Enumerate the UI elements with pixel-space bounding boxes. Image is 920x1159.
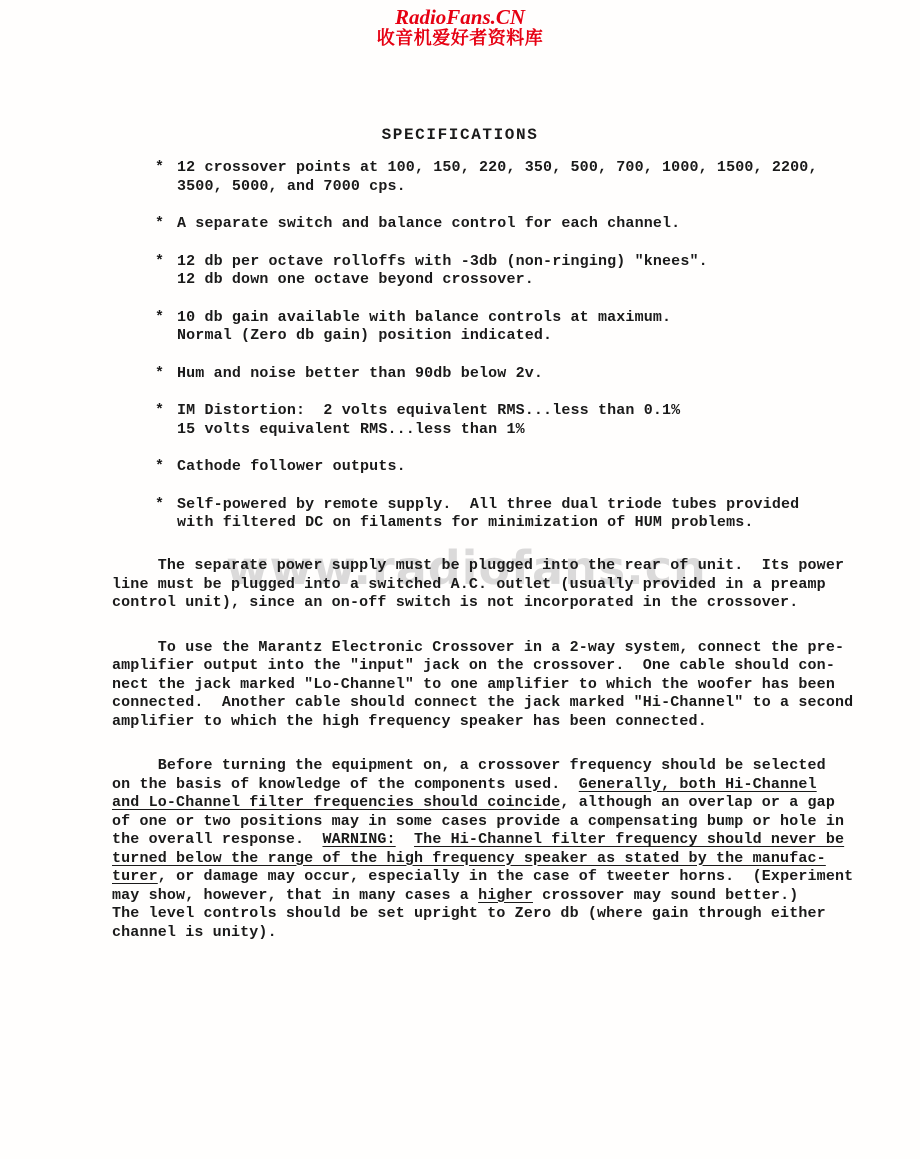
text-segment: To use the Marantz Electronic Crossover … xyxy=(112,639,844,656)
body-paragraphs: The separate power supply must be plugge… xyxy=(112,557,882,968)
underlined-text: higher xyxy=(478,887,533,904)
text-line: A separate switch and balance control fo… xyxy=(177,215,680,234)
text-segment: Before turning the equipment on, a cross… xyxy=(112,757,826,774)
text-segment: channel is unity). xyxy=(112,924,277,941)
text-segment: A separate switch and balance control fo… xyxy=(177,215,680,232)
bullet-marker: * xyxy=(155,365,177,384)
text-segment: nect the jack marked "Lo-Channel" to one… xyxy=(112,676,835,693)
spec-item: * IM Distortion: 2 volts equivalent RMS.… xyxy=(155,402,875,439)
underlined-text: WARNING: xyxy=(322,831,395,848)
spec-text: 10 db gain available with balance contro… xyxy=(177,309,671,346)
text-line: nect the jack marked "Lo-Channel" to one… xyxy=(112,676,882,695)
text-segment: may show, however, that in many cases a xyxy=(112,887,478,904)
spec-text: A separate switch and balance control fo… xyxy=(177,215,680,234)
text-line: channel is unity). xyxy=(112,924,882,943)
text-line: IM Distortion: 2 volts equivalent RMS...… xyxy=(177,402,680,421)
text-line: may show, however, that in many cases a … xyxy=(112,887,882,906)
text-segment: the overall response. xyxy=(112,831,322,848)
bullet-marker: * xyxy=(155,159,177,196)
text-segment: 15 volts equivalent RMS...less than 1% xyxy=(177,421,525,438)
spec-item: * Self-powered by remote supply. All thr… xyxy=(155,496,875,533)
text-line: line must be plugged into a switched A.C… xyxy=(112,576,882,595)
text-segment: IM Distortion: 2 volts equivalent RMS...… xyxy=(177,402,680,419)
text-segment: crossover may sound better.) xyxy=(533,887,798,904)
text-line: The level controls should be set upright… xyxy=(112,905,882,924)
bullet-marker: * xyxy=(155,496,177,533)
text-line: with filtered DC on filaments for minimi… xyxy=(177,514,799,533)
text-line: Before turning the equipment on, a cross… xyxy=(112,757,882,776)
bullet-marker: * xyxy=(155,458,177,477)
text-segment xyxy=(396,831,414,848)
text-line: 15 volts equivalent RMS...less than 1% xyxy=(177,421,680,440)
text-segment: 3500, 5000, and 7000 cps. xyxy=(177,178,406,195)
text-segment: 12 db per octave rolloffs with -3db (non… xyxy=(177,253,708,270)
bullet-marker: * xyxy=(155,253,177,290)
text-segment: connected. Another cable should connect … xyxy=(112,694,853,711)
text-line: of one or two positions may in some case… xyxy=(112,813,882,832)
text-line: 12 db down one octave beyond crossover. xyxy=(177,271,708,290)
text-line: 10 db gain available with balance contro… xyxy=(177,309,671,328)
spec-item: * 10 db gain available with balance cont… xyxy=(155,309,875,346)
text-line: amplifier output into the "input" jack o… xyxy=(112,657,882,676)
text-segment: Normal (Zero db gain) position indicated… xyxy=(177,327,552,344)
text-line: and Lo-Channel filter frequencies should… xyxy=(112,794,882,813)
spec-text: Cathode follower outputs. xyxy=(177,458,406,477)
spec-item: * Cathode follower outputs. xyxy=(155,458,875,477)
spec-item: * A separate switch and balance control … xyxy=(155,215,875,234)
text-segment: control unit), since an on-off switch is… xyxy=(112,594,798,611)
text-line: The separate power supply must be plugge… xyxy=(112,557,882,576)
paragraph-power-supply: The separate power supply must be plugge… xyxy=(112,557,882,613)
text-segment: The level controls should be set upright… xyxy=(112,905,826,922)
bullet-marker: * xyxy=(155,215,177,234)
text-line: control unit), since an on-off switch is… xyxy=(112,594,882,613)
spec-text: Self-powered by remote supply. All three… xyxy=(177,496,799,533)
document-body: SPECIFICATIONS * 12 crossover points at … xyxy=(0,0,920,1159)
spec-item: * Hum and noise better than 90db below 2… xyxy=(155,365,875,384)
text-segment: of one or two positions may in some case… xyxy=(112,813,844,830)
text-segment: 12 db down one octave beyond crossover. xyxy=(177,271,534,288)
text-segment: Self-powered by remote supply. All three… xyxy=(177,496,799,513)
text-line: 12 db per octave rolloffs with -3db (non… xyxy=(177,253,708,272)
scanned-document-page: RadioFans.CN 收音机爱好者资料库 www.radiofans.cn … xyxy=(0,0,920,1159)
text-line: 3500, 5000, and 7000 cps. xyxy=(177,178,818,197)
spec-text: 12 db per octave rolloffs with -3db (non… xyxy=(177,253,708,290)
text-line: connected. Another cable should connect … xyxy=(112,694,882,713)
text-line: on the basis of knowledge of the compone… xyxy=(112,776,882,795)
text-line: turer, or damage may occur, especially i… xyxy=(112,868,882,887)
text-segment: on the basis of knowledge of the compone… xyxy=(112,776,579,793)
spec-item: * 12 crossover points at 100, 150, 220, … xyxy=(155,159,875,196)
text-segment: , or damage may occur, especially in the… xyxy=(158,868,854,885)
text-line: turned below the range of the high frequ… xyxy=(112,850,882,869)
underlined-text: turer xyxy=(112,868,158,885)
spec-text: IM Distortion: 2 volts equivalent RMS...… xyxy=(177,402,680,439)
text-line: To use the Marantz Electronic Crossover … xyxy=(112,639,882,658)
text-segment: Hum and noise better than 90db below 2v. xyxy=(177,365,543,382)
underlined-text: The Hi-Channel filter frequency should n… xyxy=(414,831,844,848)
text-segment: 10 db gain available with balance contro… xyxy=(177,309,671,326)
text-line: the overall response. WARNING: The Hi-Ch… xyxy=(112,831,882,850)
paragraph-warning: Before turning the equipment on, a cross… xyxy=(112,757,882,942)
paragraph-connections: To use the Marantz Electronic Crossover … xyxy=(112,639,882,732)
spec-text: 12 crossover points at 100, 150, 220, 35… xyxy=(177,159,818,196)
text-line: Self-powered by remote supply. All three… xyxy=(177,496,799,515)
text-line: Cathode follower outputs. xyxy=(177,458,406,477)
text-line: Normal (Zero db gain) position indicated… xyxy=(177,327,671,346)
text-segment: Cathode follower outputs. xyxy=(177,458,406,475)
text-segment: with filtered DC on filaments for minimi… xyxy=(177,514,754,531)
underlined-text: Generally, both Hi-Channel xyxy=(579,776,817,793)
text-segment: line must be plugged into a switched A.C… xyxy=(112,576,826,593)
text-segment: 12 crossover points at 100, 150, 220, 35… xyxy=(177,159,818,176)
underlined-text: and Lo-Channel filter frequencies should… xyxy=(112,794,560,811)
text-line: amplifier to which the high frequency sp… xyxy=(112,713,882,732)
underlined-text: turned below the range of the high frequ… xyxy=(112,850,826,867)
bullet-marker: * xyxy=(155,402,177,439)
text-segment: The separate power supply must be plugge… xyxy=(112,557,844,574)
text-line: Hum and noise better than 90db below 2v. xyxy=(177,365,543,384)
text-segment: amplifier output into the "input" jack o… xyxy=(112,657,835,674)
spec-item: * 12 db per octave rolloffs with -3db (n… xyxy=(155,253,875,290)
text-segment: , although an overlap or a gap xyxy=(560,794,835,811)
text-line: 12 crossover points at 100, 150, 220, 35… xyxy=(177,159,818,178)
text-segment: amplifier to which the high frequency sp… xyxy=(112,713,707,730)
page-title: SPECIFICATIONS xyxy=(0,126,920,144)
spec-text: Hum and noise better than 90db below 2v. xyxy=(177,365,543,384)
bullet-marker: * xyxy=(155,309,177,346)
spec-list: * 12 crossover points at 100, 150, 220, … xyxy=(155,159,875,552)
